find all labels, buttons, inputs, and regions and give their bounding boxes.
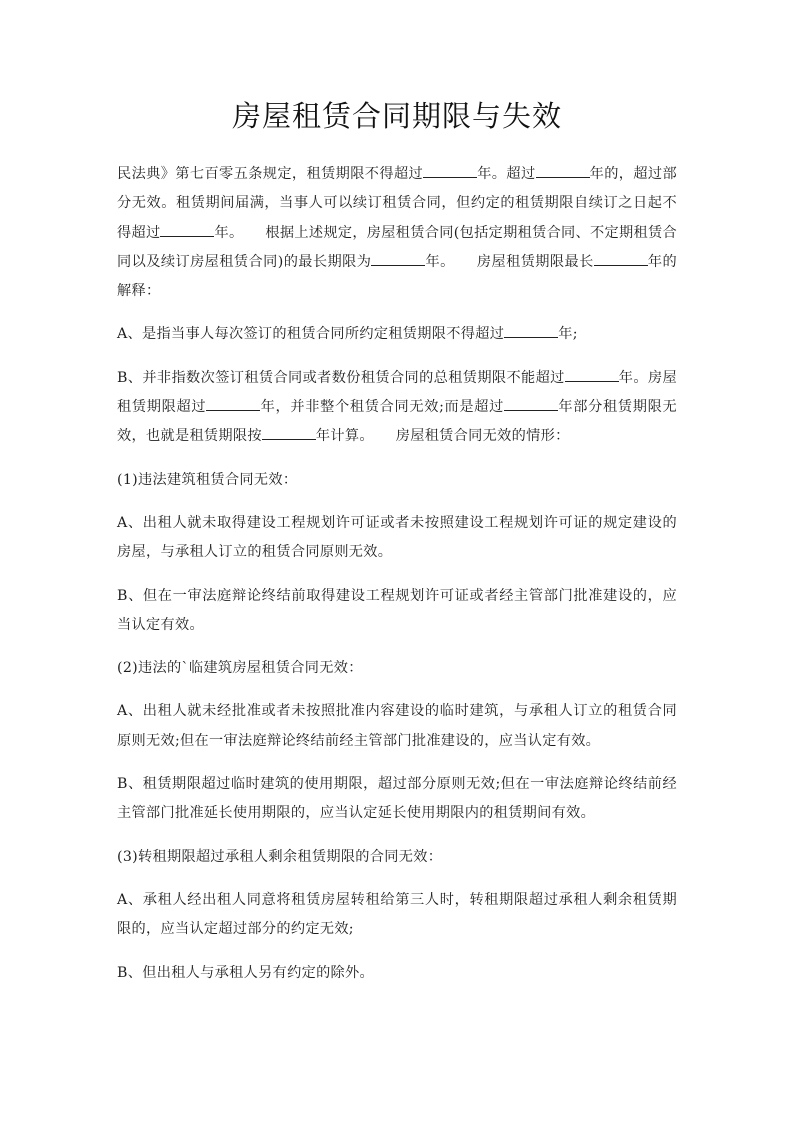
- text-segment: (3)转租期限超过承租人剩余租赁期限的合同无效：: [117, 849, 442, 865]
- paragraph-explain-b: B、并非指数次签订租赁合同或者数份租赁合同的总租赁期限不能超过年。房屋租赁期限超…: [117, 364, 677, 452]
- text-segment: A、承租人经出租人同意将租赁房屋转租给第三人时，转租期限超过承租人剩余租赁期限的…: [117, 892, 677, 937]
- text-segment: 年计算。 房屋租赁合同无效的情形：: [316, 428, 570, 444]
- document-body: 民法典》第七百零五条规定，租赁期限不得超过年。超过年的，超过部分无效。租赁期间届…: [117, 160, 677, 988]
- text-segment: A、是指当事人每次签订的租赁合同所约定租赁期限不得超过: [117, 326, 504, 342]
- paragraph-case2-heading: (2)违法的`临建筑房屋租赁合同无效：: [117, 654, 677, 683]
- paragraph-case1-a: A、出租人就未取得建设工程规划许可证或者未按照建设工程规划许可证的规定建设的房屋…: [117, 509, 677, 568]
- text-segment: 年;: [558, 326, 578, 342]
- paragraph-case2-b: B、租赁期限超过临时建筑的使用期限，超过部分原则无效;但在一审法庭辩论终结前经主…: [117, 770, 677, 829]
- text-segment: 年。 房屋租赁期限最长: [425, 254, 593, 270]
- text-segment: (2)违法的`临建筑房屋租赁合同无效：: [117, 660, 363, 676]
- text-segment: B、但出租人与承租人另有约定的除外。: [117, 965, 374, 981]
- fill-in-blank: [565, 368, 619, 382]
- text-segment: 年。超过: [477, 166, 535, 182]
- paragraph-case3-heading: (3)转租期限超过承租人剩余租赁期限的合同无效：: [117, 843, 677, 872]
- paragraph-case2-a: A、出租人就未经批准或者未按照批准内容建设的临时建筑，与承租人订立的租赁合同原则…: [117, 697, 677, 756]
- fill-in-blank: [423, 164, 477, 178]
- fill-in-blank: [206, 397, 260, 411]
- fill-in-blank: [504, 324, 558, 338]
- paragraph-case3-a: A、承租人经出租人同意将租赁房屋转租给第三人时，转租期限超过承租人剩余租赁期限的…: [117, 886, 677, 945]
- fill-in-blank: [262, 426, 316, 440]
- fill-in-blank: [160, 223, 214, 237]
- text-segment: B、并非指数次签订租赁合同或者数份租赁合同的总租赁期限不能超过: [117, 370, 565, 386]
- fill-in-blank: [504, 397, 558, 411]
- text-segment: (1)违法建筑租赁合同无效：: [117, 472, 297, 488]
- paragraph-case1-b: B、但在一审法庭辩论终结前取得建设工程规划许可证或者经主管部门批准建设的，应当认…: [117, 582, 677, 641]
- text-segment: 民法典》第七百零五条规定，租赁期限不得超过: [117, 166, 423, 182]
- paragraph-case3-b: B、但出租人与承租人另有约定的除外。: [117, 959, 677, 988]
- text-segment: B、但在一审法庭辩论终结前取得建设工程规划许可证或者经主管部门批准建设的，应当认…: [117, 588, 677, 633]
- text-segment: B、租赁期限超过临时建筑的使用期限，超过部分原则无效;但在一审法庭辩论终结前经主…: [117, 776, 677, 821]
- text-segment: 年，并非整个租赁合同无效;而是超过: [260, 399, 504, 415]
- document-title: 房屋租赁合同期限与失效: [117, 96, 677, 136]
- paragraph-case1-heading: (1)违法建筑租赁合同无效：: [117, 466, 677, 495]
- text-segment: A、出租人就未经批准或者未按照批准内容建设的临时建筑，与承租人订立的租赁合同原则…: [117, 703, 677, 748]
- text-segment: A、出租人就未取得建设工程规划许可证或者未按照建设工程规划许可证的规定建设的房屋…: [117, 515, 677, 560]
- paragraph-explain-a: A、是指当事人每次签订的租赁合同所约定租赁期限不得超过年;: [117, 320, 677, 349]
- fill-in-blank: [371, 252, 425, 266]
- fill-in-blank: [594, 252, 648, 266]
- fill-in-blank: [536, 164, 590, 178]
- paragraph-intro: 民法典》第七百零五条规定，租赁期限不得超过年。超过年的，超过部分无效。租赁期间届…: [117, 160, 677, 306]
